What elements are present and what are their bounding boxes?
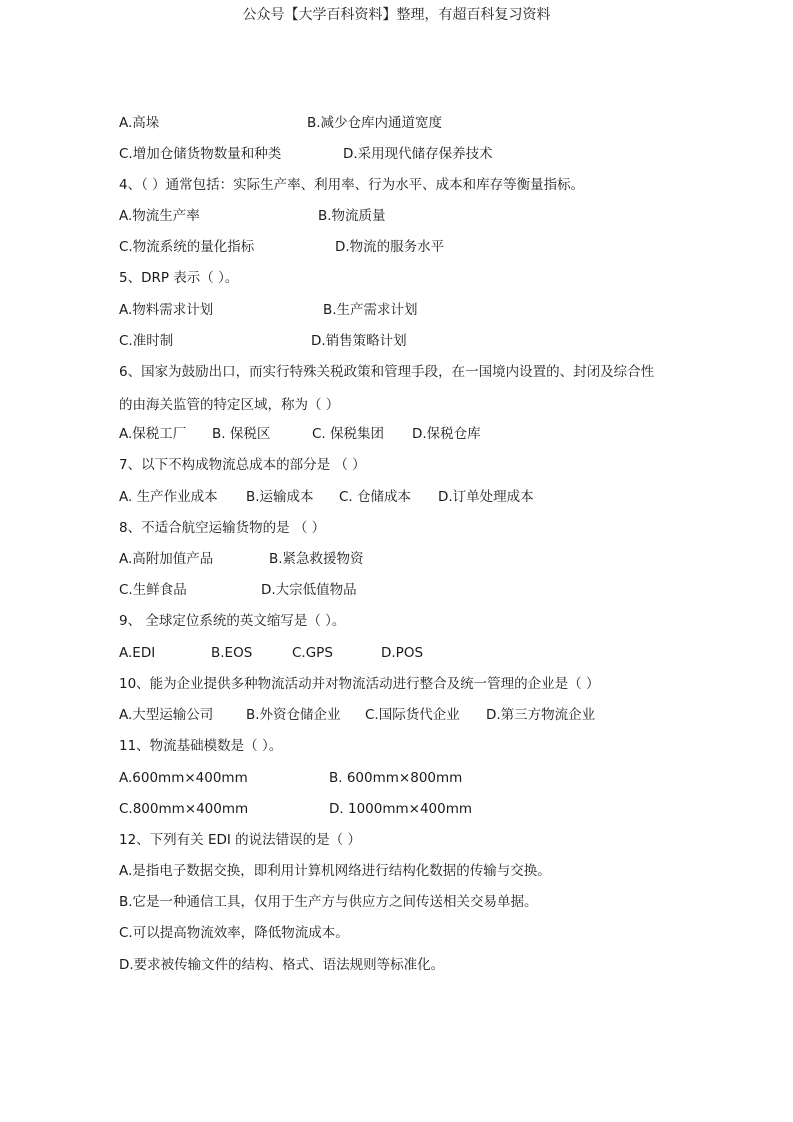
question-text: A.是指电子数据交换，即利用计算机网络进行结构化数据的传输与交换。 [119, 861, 551, 881]
answer-option: A.保税工厂 [119, 424, 186, 444]
answer-option: C.国际货代企业 [365, 705, 460, 725]
question-text: 的由海关监管的特定区域，称为（ ） [119, 395, 339, 415]
question-text: C.可以提高物流效率，降低物流成本。 [119, 923, 349, 943]
answer-option: C.800mm×400mm [119, 799, 248, 819]
question-text: 6、国家为鼓励出口，而实行特殊关税政策和管理手段，在一国境内设置的、封闭及综合性 [119, 362, 654, 382]
question-text: 8、不适合航空运输货物的是 （ ） [119, 518, 325, 538]
answer-option: D.采用现代储存保养技术 [343, 144, 493, 164]
question-text: 12、下列有关 EDI 的说法错误的是（ ） [119, 830, 361, 850]
answer-option: A.EDI [119, 643, 155, 663]
page-header: 公众号【大学百科资料】整理，有超百科复习资料 [0, 4, 793, 24]
answer-option: D. 1000mm×400mm [329, 799, 472, 819]
answer-option: A.物流生产率 [119, 206, 200, 226]
answer-option: B.EOS [211, 643, 252, 663]
question-text: 10、能为企业提供多种物流活动并对物流活动进行整合及统一管理的企业是（ ） [119, 674, 599, 694]
answer-option: A. 生产作业成本 [119, 487, 218, 507]
question-text: 5、DRP 表示（ ）。 [119, 268, 238, 288]
answer-option: B.生产需求计划 [323, 300, 418, 320]
answer-option: D.POS [381, 643, 423, 663]
answer-option: D.订单处理成本 [438, 487, 534, 507]
answer-option: B. 600mm×800mm [329, 768, 462, 788]
question-text: 11、物流基础模数是（ ）。 [119, 736, 282, 756]
answer-option: B.运输成本 [246, 487, 314, 507]
answer-option: D.大宗低值物品 [261, 580, 357, 600]
answer-option: B.外资仓储企业 [246, 705, 341, 725]
answer-option: C. 保税集团 [312, 424, 384, 444]
answer-option: B.紧急救援物资 [269, 549, 364, 569]
answer-option: C.GPS [292, 643, 333, 663]
answer-option: D.物流的服务水平 [335, 237, 444, 257]
question-text: B.它是一种通信工具，仅用于生产方与供应方之间传送相关交易单据。 [119, 892, 538, 912]
answer-option: D.保税仓库 [412, 424, 481, 444]
question-text: 7、以下不构成物流总成本的部分是 （ ） [119, 455, 366, 475]
answer-option: A.高垛 [119, 113, 159, 133]
answer-option: C.增加仓储货物数量和种类 [119, 144, 281, 164]
answer-option: C.生鲜食品 [119, 580, 187, 600]
answer-option: C. 仓储成本 [339, 487, 411, 507]
answer-option: A.高附加值产品 [119, 549, 213, 569]
answer-option: A.物料需求计划 [119, 300, 213, 320]
answer-option: A.600mm×400mm [119, 768, 248, 788]
answer-option: B.减少仓库内通道宽度 [307, 113, 442, 133]
question-text: D.要求被传输文件的结构、格式、语法规则等标准化。 [119, 955, 444, 975]
answer-option: D.销售策略计划 [311, 331, 407, 351]
answer-option: C.物流系统的量化指标 [119, 237, 254, 257]
question-text: 9、 全球定位系统的英文缩写是（ ）。 [119, 611, 345, 631]
answer-option: B.物流质量 [318, 206, 386, 226]
question-text: 4、（ ）通常包括：实际生产率、利用率、行为水平、成本和库存等衡量指标。 [119, 175, 584, 195]
answer-option: D.第三方物流企业 [486, 705, 595, 725]
answer-option: A.大型运输公司 [119, 705, 213, 725]
answer-option: B. 保税区 [212, 424, 270, 444]
answer-option: C.准时制 [119, 331, 173, 351]
